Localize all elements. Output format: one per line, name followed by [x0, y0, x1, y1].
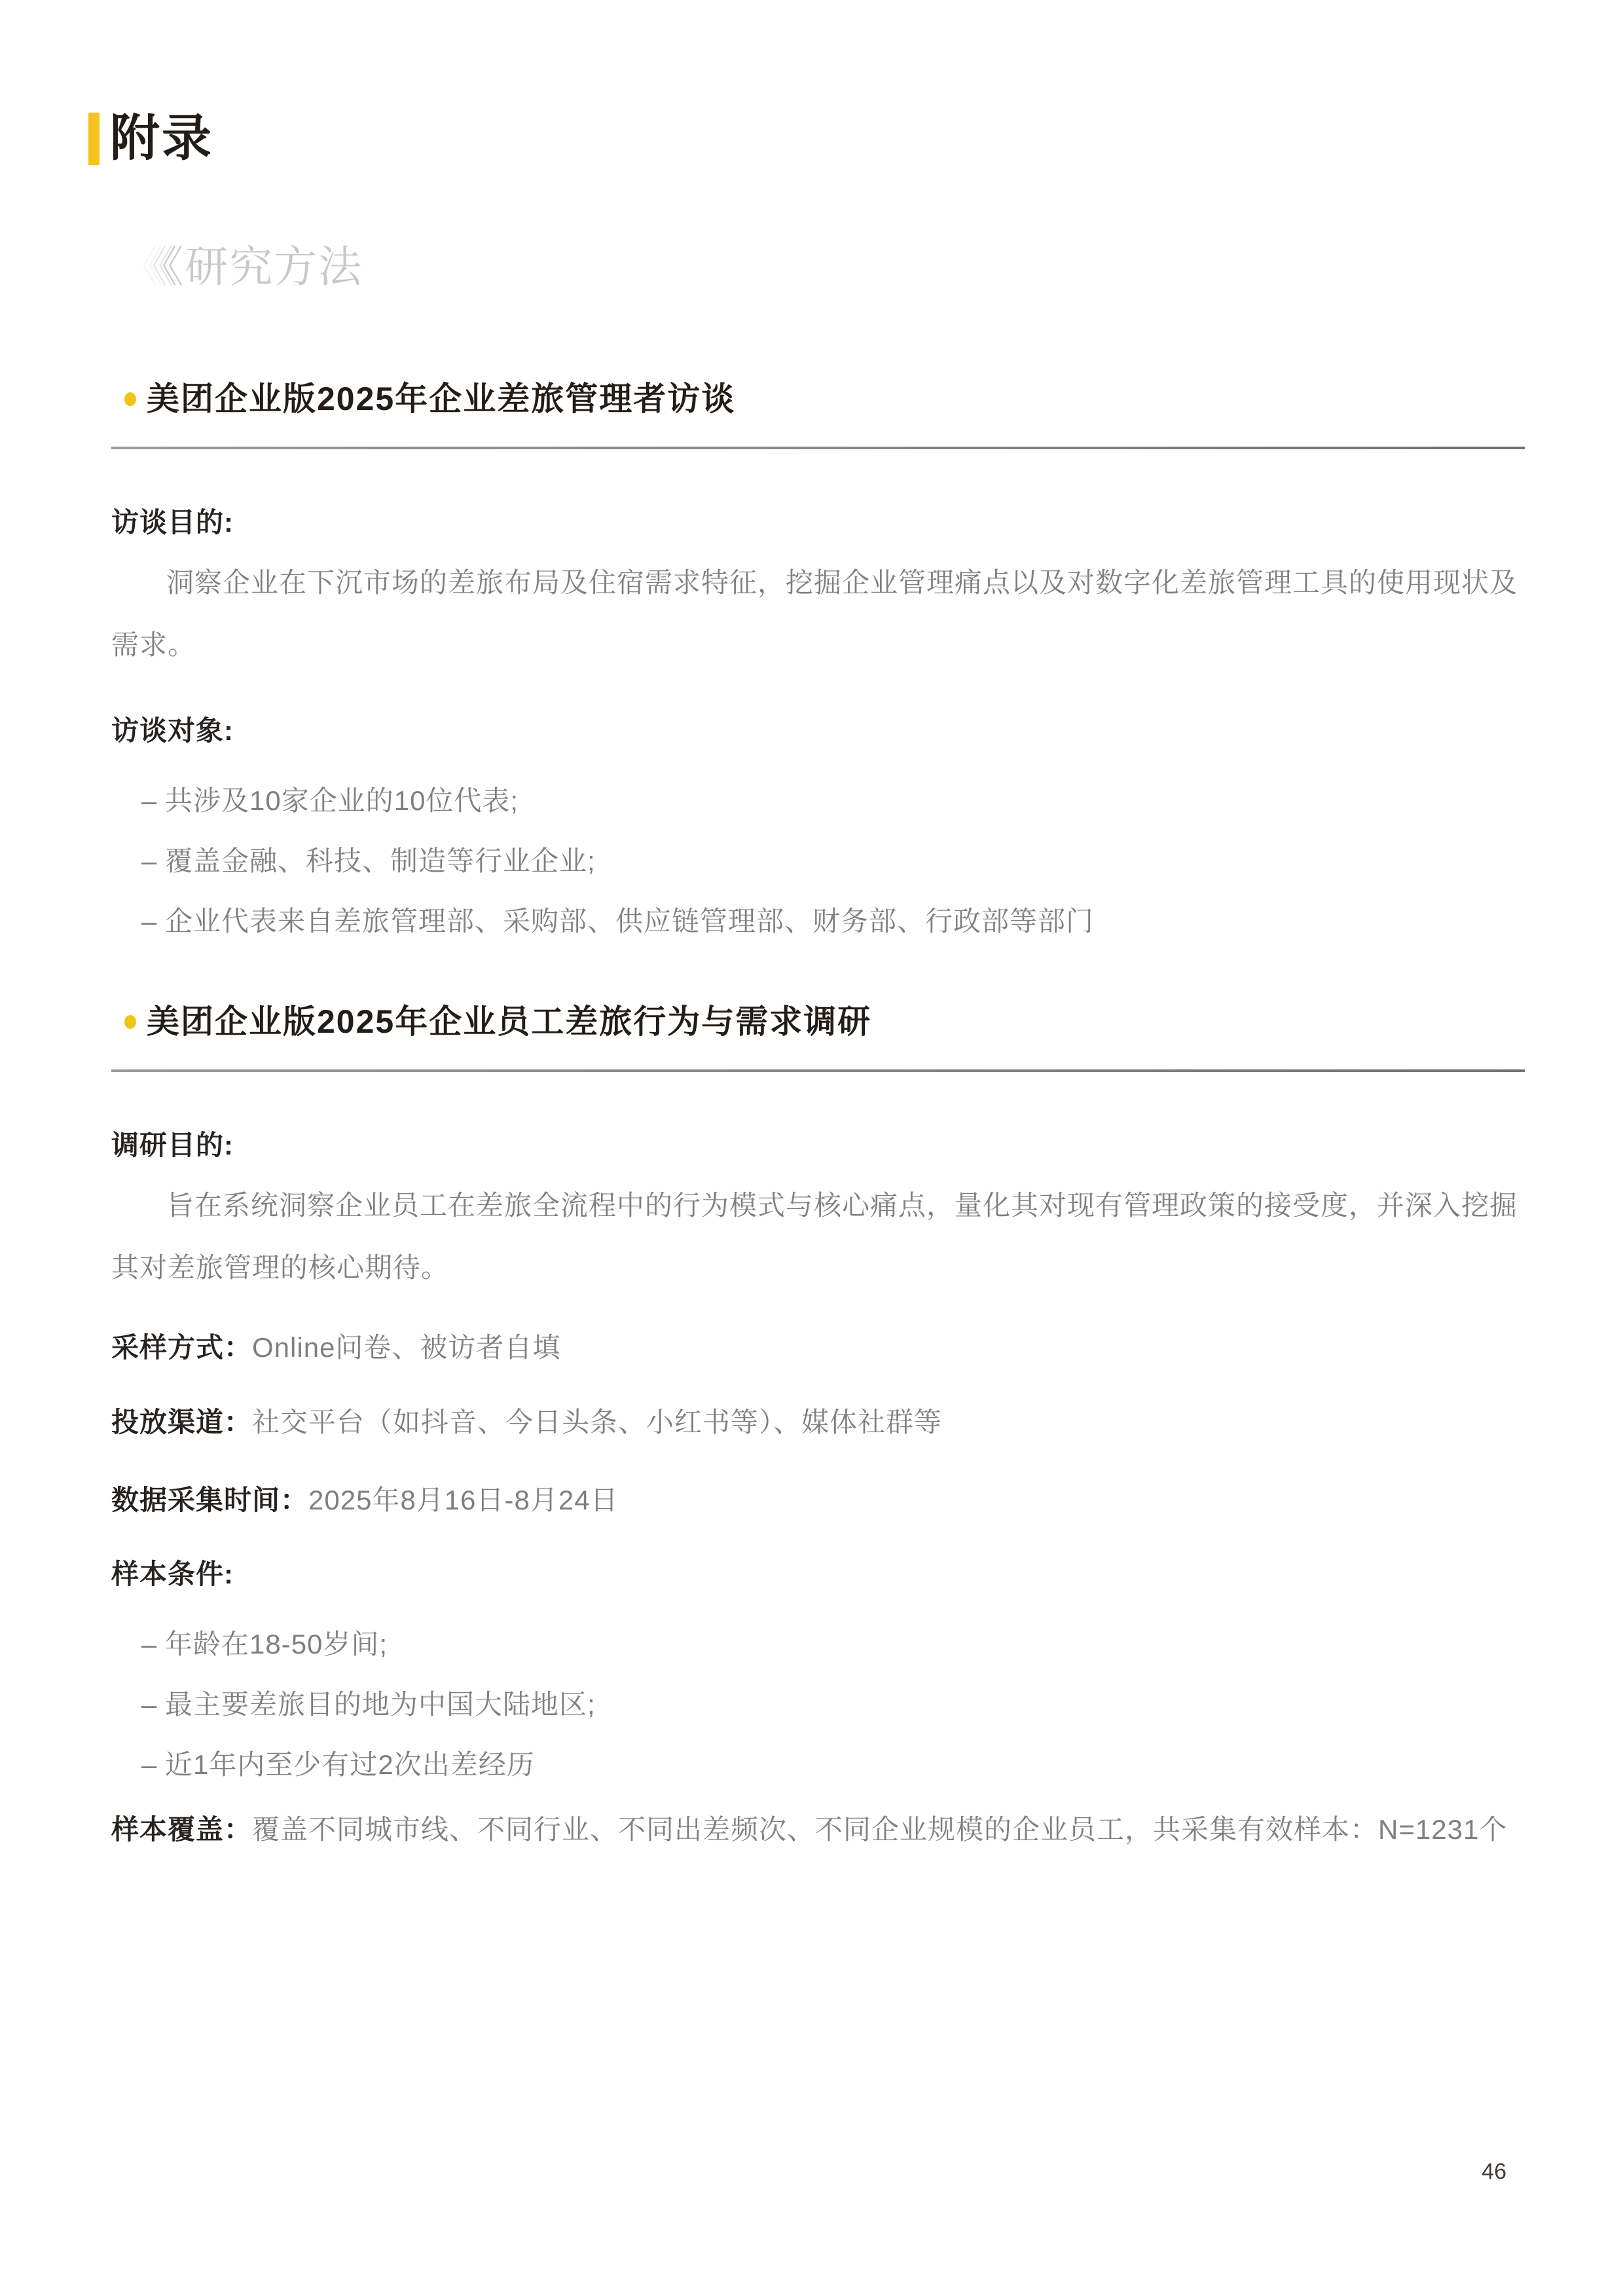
- list-dash-marker: –: [141, 1690, 165, 1720]
- page-title-row: 附录: [88, 0, 1525, 165]
- section1-heading: 美团企业版2025年企业差旅管理者访谈: [147, 381, 735, 417]
- list-item-text: 近1年内至少有过2次出差经历: [165, 1750, 535, 1780]
- list-dash-marker: –: [141, 1629, 165, 1659]
- list-item: – 最主要差旅目的地为中国大陆地区;: [141, 1690, 1525, 1720]
- bullet-dot-icon: [124, 392, 136, 406]
- sample-coverage-row: 样本覆盖：覆盖不同城市线、不同行业、不同出差频次、不同企业规模的企业员工，共采集…: [111, 1815, 1525, 1845]
- section1-heading-row: 美团企业版2025年企业差旅管理者访谈: [124, 381, 1525, 417]
- survey-purpose-text: 旨在系统洞察企业员工在差旅全流程中的行为模式与核心痛点，量化其对现有管理政策的接…: [111, 1174, 1525, 1299]
- sample-coverage-label: 样本覆盖：: [111, 1814, 252, 1845]
- section2-heading: 美团企业版2025年企业员工差旅行为与需求调研: [147, 1004, 871, 1039]
- distribution-channel-row: 投放渠道：社交平台（如抖音、今日头条、小红书等）、媒体社群等: [111, 1407, 1525, 1437]
- distribution-channel-value: 社交平台（如抖音、今日头条、小红书等）、媒体社群等: [252, 1407, 942, 1437]
- page-content: 附录 《《《研究方法 美团企业版2025年企业差旅管理者访谈 访谈目的: 洞察企…: [0, 0, 1623, 1845]
- collection-time-label: 数据采集时间：: [111, 1485, 308, 1515]
- list-dash-marker: –: [141, 1750, 165, 1780]
- subtitle-text: 研究方法: [185, 242, 363, 291]
- page-title: 附录: [110, 113, 213, 165]
- bullet-dot-icon: [124, 1015, 136, 1029]
- list-item-text: 最主要差旅目的地为中国大陆地区;: [165, 1690, 596, 1720]
- list-item: – 共涉及10家企业的10位代表;: [141, 786, 1525, 816]
- interview-purpose-text: 洞察企业在下沉市场的差旅布局及住宿需求特征，挖掘企业管理痛点以及对数字化差旅管理…: [111, 551, 1525, 676]
- list-item-text: 覆盖金融、科技、制造等行业企业;: [165, 846, 596, 876]
- interview-subjects-label: 访谈对象:: [111, 716, 1525, 745]
- sampling-method-value: Online问卷、被访者自填: [252, 1332, 560, 1363]
- section2-heading-row: 美团企业版2025年企业员工差旅行为与需求调研: [124, 1004, 1525, 1039]
- collection-time-value: 2025年8月16日-8月24日: [308, 1485, 619, 1515]
- sample-criteria-list: – 年龄在18-50岁间; – 最主要差旅目的地为中国大陆地区; – 近1年内至…: [141, 1629, 1525, 1780]
- distribution-channel-label: 投放渠道：: [111, 1407, 252, 1437]
- sample-criteria-label: 样本条件:: [111, 1560, 1525, 1589]
- list-item-text: 企业代表来自差旅管理部、采购部、供应链管理部、财务部、行政部等部门: [165, 906, 1094, 936]
- chevron-ghost-icon: 《: [130, 244, 175, 289]
- interview-purpose-label: 访谈目的:: [111, 508, 1525, 537]
- list-dash-marker: –: [141, 786, 165, 816]
- interview-subjects-list: – 共涉及10家企业的10位代表; – 覆盖金融、科技、制造等行业企业; – 企…: [141, 786, 1525, 936]
- collection-time-row: 数据采集时间：2025年8月16日-8月24日: [111, 1485, 1525, 1515]
- section2-divider: [111, 1069, 1525, 1072]
- list-item: – 覆盖金融、科技、制造等行业企业;: [141, 846, 1525, 876]
- document-page: 附录 《《《研究方法 美团企业版2025年企业差旅管理者访谈 访谈目的: 洞察企…: [0, 0, 1623, 2296]
- sample-coverage-value: 覆盖不同城市线、不同行业、不同出差频次、不同企业规模的企业员工，共采集有效样本：…: [252, 1814, 1507, 1845]
- sampling-method-row: 采样方式：Online问卷、被访者自填: [111, 1333, 1525, 1363]
- list-item: – 年龄在18-50岁间;: [141, 1629, 1525, 1659]
- list-dash-marker: –: [141, 906, 165, 936]
- section1-divider: [111, 447, 1525, 449]
- list-item-text: 年龄在18-50岁间;: [165, 1629, 388, 1659]
- list-item: – 企业代表来自差旅管理部、采购部、供应链管理部、财务部、行政部等部门: [141, 906, 1525, 936]
- page-number: 46: [1482, 2160, 1506, 2183]
- survey-purpose-label: 调研目的:: [111, 1131, 1525, 1160]
- title-accent-bar: [88, 113, 100, 165]
- sampling-method-label: 采样方式：: [111, 1332, 252, 1363]
- list-item-text: 共涉及10家企业的10位代表;: [165, 786, 519, 816]
- list-item: – 近1年内至少有过2次出差经历: [141, 1750, 1525, 1780]
- section-watermark-subtitle: 《《《研究方法: [120, 244, 1525, 289]
- list-dash-marker: –: [141, 846, 165, 876]
